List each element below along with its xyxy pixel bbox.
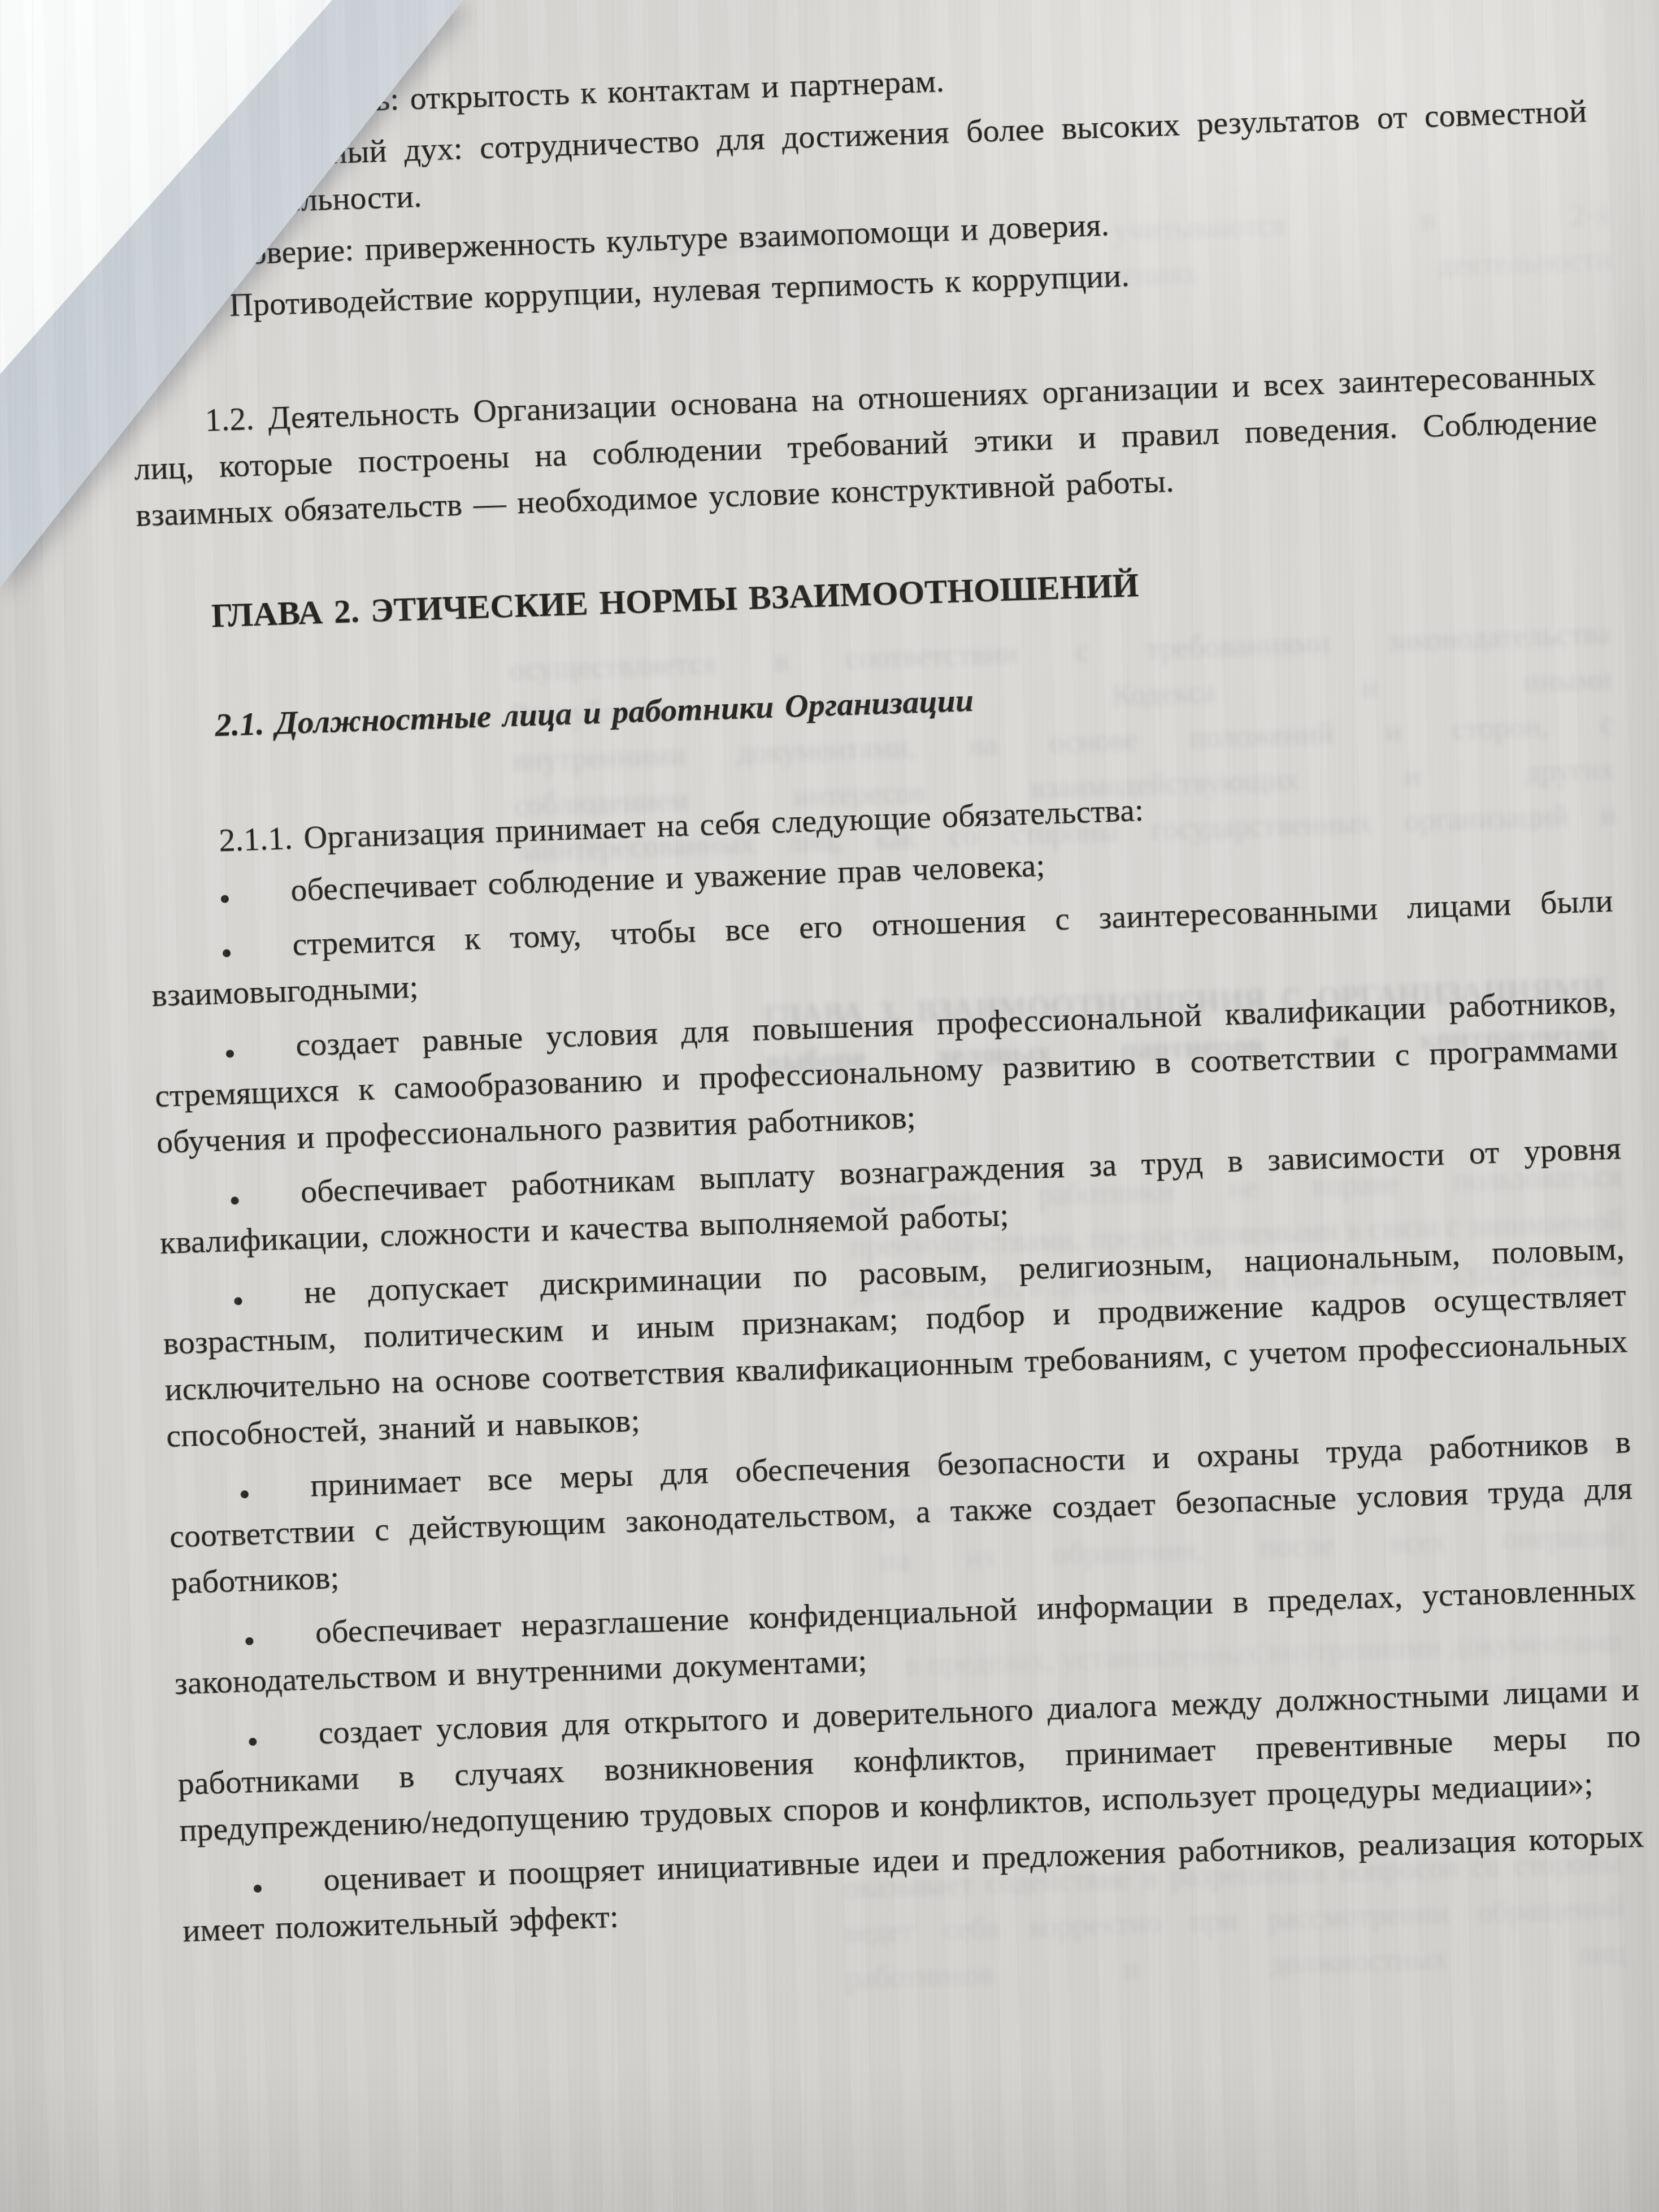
bullet-icon bbox=[158, 1169, 302, 1220]
bullet-icon bbox=[149, 921, 293, 972]
obligation-item-text: не допускает дискриминации по расовым, р… bbox=[163, 1230, 1628, 1454]
photographed-document-page: принимаются и учитываются в 2-хосновных … bbox=[0, 0, 1659, 2212]
bullet-icon bbox=[167, 1462, 311, 1513]
obligations-bullet-list: обеспечивает соблюдение и уважение прав … bbox=[147, 823, 1646, 1954]
obligation-item: не допускает дискриминации по расовым, р… bbox=[161, 1225, 1630, 1459]
bullet-icon bbox=[172, 1609, 316, 1660]
bullet-icon bbox=[180, 1857, 324, 1907]
paragraph-1-2: 1.2. Деятельность Организации основана н… bbox=[132, 351, 1599, 539]
bullet-icon bbox=[161, 1269, 305, 1320]
section-2-1-heading: 2.1. Должностные лица и работники Органи… bbox=[142, 656, 1606, 751]
bullet-icon bbox=[147, 867, 292, 918]
document-text-block: Открытость: открытость к контактам и пар… bbox=[121, 36, 1647, 1962]
bullet-icon bbox=[176, 1710, 320, 1760]
chapter-2-heading: ГЛАВА 2. ЭТИЧЕСКИЕ НОРМЫ ВЗАИМООТНОШЕНИЙ bbox=[138, 547, 1602, 641]
bullet-icon bbox=[153, 1022, 297, 1073]
bleedthrough-line: работников и должностных лиц bbox=[845, 1929, 1626, 2001]
